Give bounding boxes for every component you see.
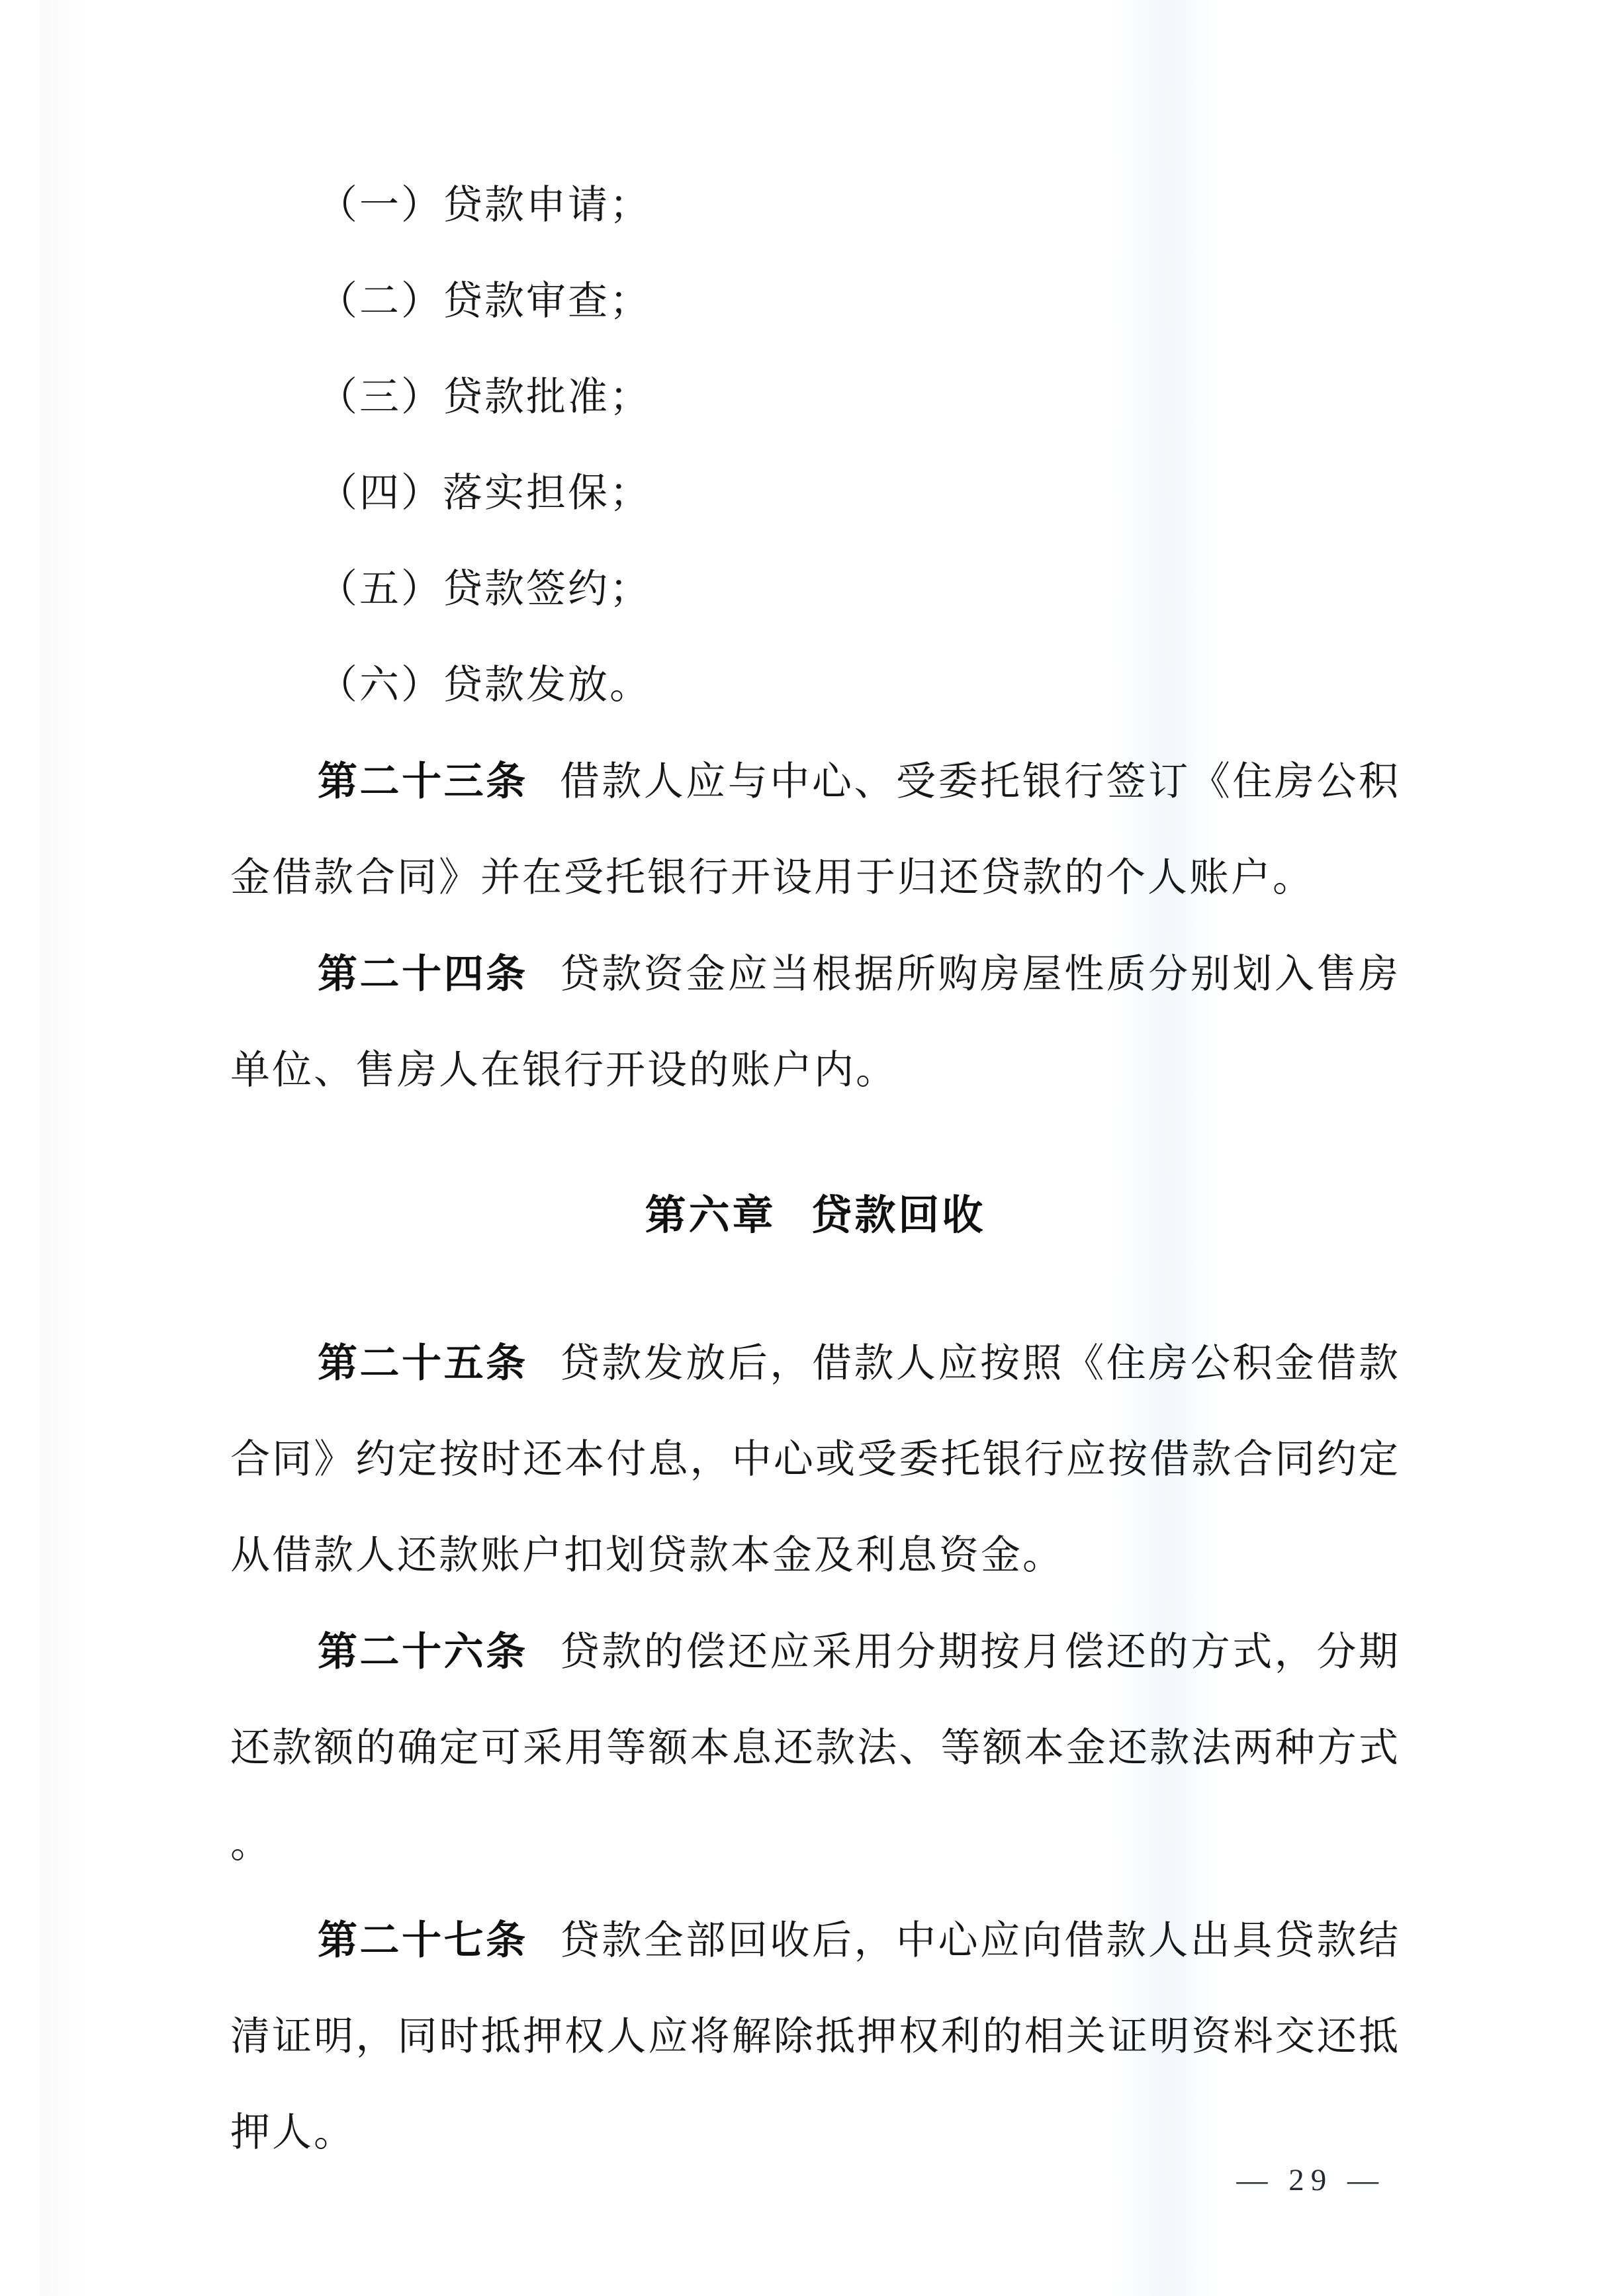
document-content: （一）贷款申请； （二）贷款审查； （三）贷款批准； （四）落实担保； （五）贷… [230,158,1400,2181]
list-item-5: （五）贷款签约； [230,541,1400,637]
article-26: 第二十六条贷款的偿还应采用分期按月偿还的方式，分期还款额的确定可采用等额本息还款… [230,1604,1400,1892]
article-24-label: 第二十四条 [318,952,528,996]
article-27-label: 第二十七条 [318,1918,528,1962]
article-23: 第二十三条借款人应与中心、受委托银行签订《住房公积金借款合同》并在受托银行开设用… [230,733,1400,926]
list-item-4: （四）落实担保； [230,445,1400,541]
list-item-2: （二）贷款审查； [230,253,1400,349]
document-page: （一）贷款申请； （二）贷款审查； （三）贷款批准； （四）落实担保； （五）贷… [0,0,1618,2296]
list-item-6: （六）贷款发放。 [230,637,1400,733]
page-number: — 29 — [1237,2163,1386,2197]
article-27: 第二十七条贷款全部回收后，中心应向借款人出具贷款结清证明，同时抵押权人应将解除抵… [230,1892,1400,2181]
article-24: 第二十四条贷款资金应当根据所购房屋性质分别划入售房单位、售房人在银行开设的账户内… [230,926,1400,1119]
article-23-label: 第二十三条 [318,759,528,804]
list-item-3: （三）贷款批准； [230,349,1400,445]
scan-artifact-edge [40,0,86,2296]
page-footer: — 29 — [1237,2162,1386,2198]
chapter-title: 贷款回收 [811,1193,985,1238]
chapter-number: 第六章 [645,1193,776,1238]
article-26-label: 第二十六条 [318,1630,528,1674]
list-item-1: （一）贷款申请； [230,158,1400,253]
article-25-label: 第二十五条 [318,1341,528,1385]
article-25: 第二十五条贷款发放后，借款人应按照《住房公积金借款合同》约定按时还本付息，中心或… [230,1315,1400,1604]
chapter-heading: 第六章贷款回收 [230,1168,1400,1263]
